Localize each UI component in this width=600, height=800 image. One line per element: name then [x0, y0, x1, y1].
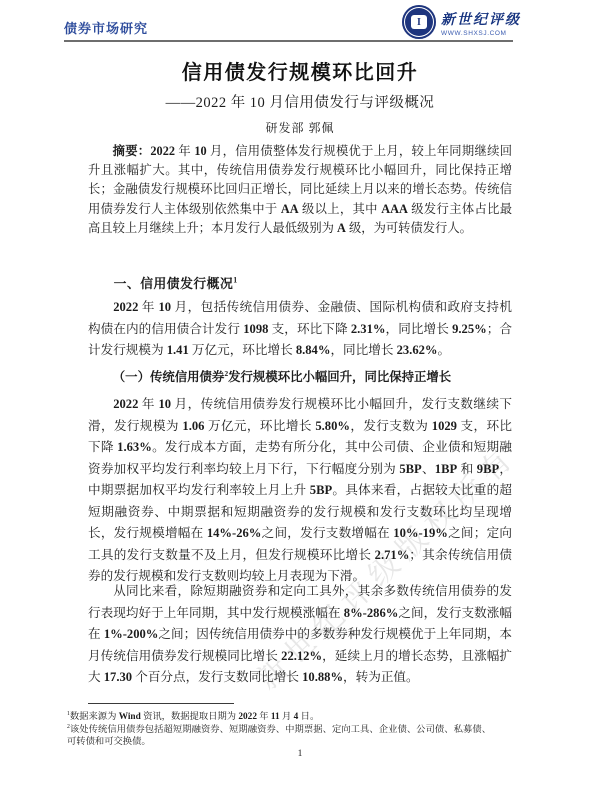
abstract-paragraph: 摘要：2022 年 10 月，信用债整体发行规模优于上月，较上年同期继续回升且涨…: [88, 142, 512, 238]
author-line: 研发部 郭佩: [0, 119, 600, 136]
footnote-1-text: 数据来源为 Wind 资讯，数据提取日期为 2022 年 11 月 4 日。: [70, 712, 319, 722]
section-heading-1-1-suffix: 发行规模环比小幅回升，同比保持正增长: [228, 370, 451, 384]
logo-emblem-glyph: I: [411, 15, 427, 29]
page-number: 1: [0, 749, 600, 759]
paragraph-mom-analysis: 2022 年 10 月，传统信用债券发行规模环比小幅回升，发行支数继续下滑，发行…: [88, 394, 512, 588]
paragraph-yoy-analysis: 从同比来看，除短期融资券和定向工具外，其余多数传统信用债券的发行表现均好于上年同…: [88, 581, 512, 689]
footnote-2: 2该处传统信用债券包括超短期融资券、短期融资券、中期票据、定向工具、企业债、公司…: [67, 724, 491, 749]
logo-website-url: WWW.SHXSJ.COM: [441, 30, 521, 37]
section-heading-1-1-prefix: （一）传统信用债券: [113, 370, 225, 384]
footnotes: 1数据来源为 Wind 资讯，数据提取日期为 2022 年 11 月 4 日。 …: [67, 711, 491, 749]
logo-emblem-icon: I: [402, 5, 436, 39]
page-subtitle: ——2022 年 10 月信用债发行与评级概况: [0, 91, 600, 112]
footnote-ref-1: 1: [233, 276, 237, 285]
company-logo: I 新世纪评级 WWW.SHXSJ.COM: [402, 5, 521, 39]
footnote-1: 1数据来源为 Wind 资讯，数据提取日期为 2022 年 11 月 4 日。: [67, 711, 491, 724]
logo-brand-name: 新世纪评级: [441, 9, 521, 29]
header-divider: [64, 40, 513, 42]
section-heading-1-1: （一）传统信用债券2发行规模环比小幅回升，同比保持正增长: [88, 367, 512, 385]
footnote-separator: [88, 703, 234, 704]
logo-text: 新世纪评级 WWW.SHXSJ.COM: [441, 5, 521, 37]
paragraph-issuance-overview: 2022 年 10 月，包括传统信用债券、金融债、国际机构债和政府支持机构债在内…: [88, 297, 512, 362]
footnote-2-text: 该处传统信用债券包括超短期融资券、短期融资券、中期票据、定向工具、企业债、公司债…: [67, 725, 491, 748]
section-heading-1-text: 一、信用债发行概况: [114, 277, 234, 291]
report-category: 债券市场研究: [64, 18, 148, 37]
document-page: 债券市场研究 I 新世纪评级 WWW.SHXSJ.COM 信用债发行规模环比回升…: [0, 0, 600, 800]
page-title: 信用债发行规模环比回升: [0, 56, 600, 85]
section-heading-1: 一、信用债发行概况1: [88, 273, 512, 292]
